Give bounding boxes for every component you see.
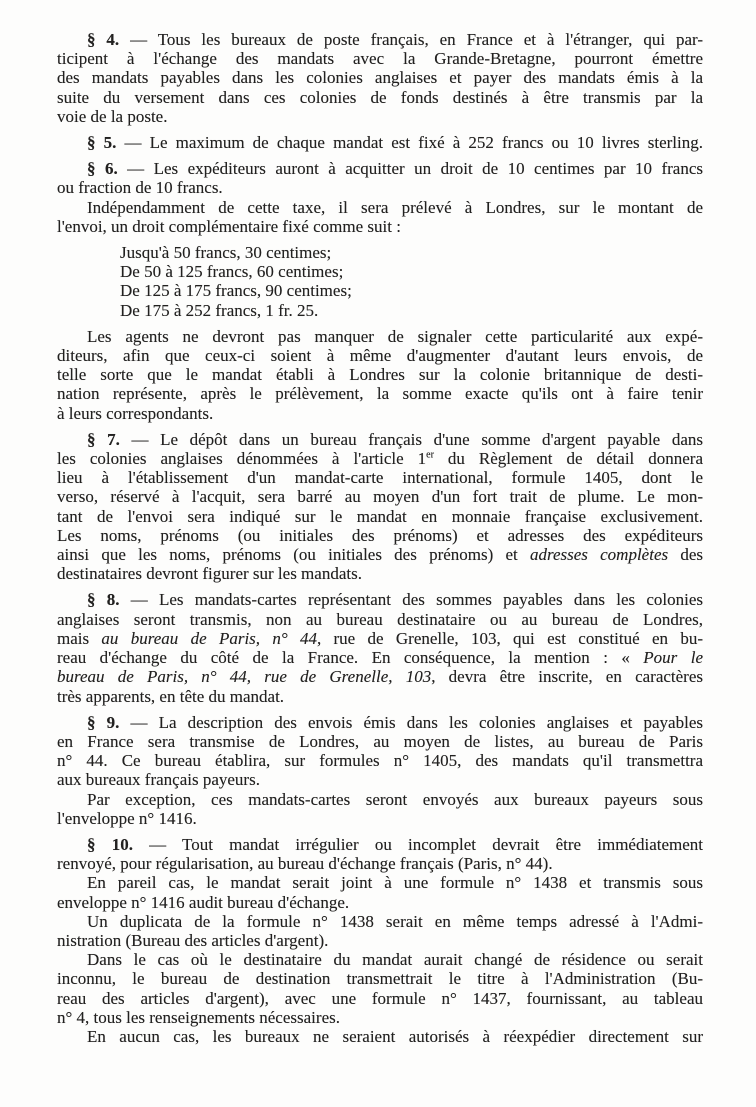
text-run: l'envoi, un droit complémentaire fixé co… [57,217,401,236]
text-run: des mandats payables dans les colonies a… [57,68,703,87]
text-run: Jusqu'à 50 francs, 30 centimes; [120,243,331,262]
text-line: § 9. — La description des envois émis da… [57,713,703,732]
text-run: , rue de Grenelle, 103, qui est constitu… [317,629,703,648]
text-line: Dans le cas où le destinataire du mandat… [57,950,703,969]
text-run: Un duplicata de la formule n° 1438 serai… [87,912,703,931]
text-run: anglaises seront transmis, non au bureau… [57,610,703,629]
text-run: bureau de Paris, n° 44, rue de Grenelle,… [57,667,431,686]
paragraph-6-cont: Indépendamment de cette taxe, il sera pr… [57,198,703,236]
text-run: — Les expéditeurs auront à acquitter un … [118,159,703,178]
paragraph-9: § 9. — La description des envois émis da… [57,713,703,790]
text-line: De 50 à 125 francs, 60 centimes; [120,262,703,281]
text-run: destinataires devront figurer sur les ma… [57,564,362,583]
text-line: § 4. — Tous les bureaux de poste françai… [57,30,703,49]
text-run: , devra être inscrite, en caractères [431,667,703,686]
text-run: Dans le cas où le destinataire du mandat… [87,950,703,969]
text-line: n° 44. Ce bureau établira, sur formules … [57,751,703,770]
text-run: lieu à l'établissement d'un mandat-carte… [57,468,703,487]
text-run: — Les mandats-cartes représentant des so… [120,590,704,609]
paragraph-6: § 6. — Les expéditeurs auront à acquitte… [57,159,703,197]
text-run: les colonies anglaises dénommées à l'art… [57,449,426,468]
text-line: enveloppe n° 1416 audit bureau d'échange… [57,893,703,912]
paragraph-9-cont: Par exception, ces mandats-cartes seront… [57,790,703,828]
text-run: De 50 à 125 francs, 60 centimes; [120,262,343,281]
text-line: nistration (Bureau des articles d'argent… [57,931,703,950]
text-run: Les agents ne devront pas manquer de sig… [87,327,703,346]
text-line: § 10. — Tout mandat irrégulier ou incomp… [57,835,703,854]
text-run: renvoyé, pour régularisation, au bureau … [57,854,553,873]
text-line: reau d'échange du côté de la France. En … [57,648,703,667]
paragraph-10: § 10. — Tout mandat irrégulier ou incomp… [57,835,703,873]
text-line: ou fraction de 10 francs. [57,178,703,197]
text-run: Pour le [643,648,703,667]
text-run: à leurs correspondants. [57,404,213,423]
text-run: — Tout mandat irrégulier ou incomplet de… [133,835,703,854]
text-run: suite du versement dans ces colonies de … [57,88,703,107]
text-line: verso, réservé à l'acquit, sera barré au… [57,487,703,506]
section-number: § 10. [87,835,133,854]
text-run: en France sera transmise de Londres, au … [57,732,703,751]
text-run: Les noms, prénoms (ou initiales des prén… [57,526,703,545]
section-number: § 5. [87,133,116,152]
text-line: En aucun cas, les bureaux ne seraient au… [57,1027,703,1046]
text-line: très apparents, en tête du mandat. [57,687,703,706]
section-number: § 4. [87,30,119,49]
text-line: diteurs, afin que ceux-ci soient à même … [57,346,703,365]
text-line: Jusqu'à 50 francs, 30 centimes; [120,243,703,262]
paragraph-10-cont-4: En aucun cas, les bureaux ne seraient au… [57,1027,703,1046]
section-number: § 7. [87,430,120,449]
tariff-list: Jusqu'à 50 francs, 30 centimes;De 50 à 1… [120,243,703,320]
text-line: Les agents ne devront pas manquer de sig… [57,327,703,346]
paragraph-5: § 5. — Le maximum de chaque mandat est f… [57,133,703,152]
text-run: — La description des envois émis dans le… [119,713,703,732]
text-line: § 6. — Les expéditeurs auront à acquitte… [57,159,703,178]
text-run: telle sorte que le mandat établi à Londr… [57,365,703,384]
text-run: inconnu, le bureau de destination transm… [57,969,703,988]
text-line: anglaises seront transmis, non au bureau… [57,610,703,629]
text-line: § 7. — Le dépôt dans un bureau français … [57,430,703,449]
text-line: lieu à l'établissement d'un mandat-carte… [57,468,703,487]
text-line: aux bureaux français payeurs. [57,770,703,789]
text-line: Indépendamment de cette taxe, il sera pr… [57,198,703,217]
paragraph-7: § 7. — Le dépôt dans un bureau français … [57,430,703,584]
text-run: des [668,545,703,564]
text-run: n° 44. Ce bureau établira, sur formules … [57,751,703,770]
text-run: enveloppe n° 1416 audit bureau d'échange… [57,893,349,912]
text-run: du Règlement de détail donnera [434,449,703,468]
text-line: les colonies anglaises dénommées à l'art… [57,449,703,468]
text-line: Les noms, prénoms (ou initiales des prén… [57,526,703,545]
text-run: adresses complètes [530,545,668,564]
text-run: — Le maximum de chaque mandat est fixé à… [116,133,703,152]
text-line: reau des articles d'argent), avec une fo… [57,989,703,1008]
text-run: reau d'échange du côté de la France. En … [57,648,643,667]
text-run: diteurs, afin que ceux-ci soient à même … [57,346,703,365]
paragraph-10-cont-3: Dans le cas où le destinataire du mandat… [57,950,703,1027]
paragraph-6-note: Les agents ne devront pas manquer de sig… [57,327,703,423]
text-line: mais au bureau de Paris, n° 44, rue de G… [57,629,703,648]
text-line: destinataires devront figurer sur les ma… [57,564,703,583]
text-line: suite du versement dans ces colonies de … [57,88,703,107]
text-line: n° 4, tous les renseignements nécessaire… [57,1008,703,1027]
text-run: En pareil cas, le mandat serait joint à … [87,873,703,892]
text-run: aux bureaux français payeurs. [57,770,260,789]
text-run: l'enveloppe n° 1416. [57,809,197,828]
text-line: De 125 à 175 francs, 90 centimes; [120,281,703,300]
text-run: verso, réservé à l'acquit, sera barré au… [57,487,703,506]
text-line: ticipent à l'échange des mandats avec la… [57,49,703,68]
text-line: § 8. — Les mandats-cartes représentant d… [57,590,703,609]
text-run: Indépendamment de cette taxe, il sera pr… [87,198,703,217]
text-run: n° 4, tous les renseignements nécessaire… [57,1008,340,1027]
text-run: ou fraction de 10 francs. [57,178,223,197]
text-line: renvoyé, pour régularisation, au bureau … [57,854,703,873]
text-run: er [426,449,434,460]
text-run: — Tous les bureaux de poste français, en… [119,30,703,49]
text-run: Par exception, ces mandats-cartes seront… [87,790,703,809]
text-run: — Le dépôt dans un bureau français d'une… [120,430,703,449]
text-run: voie de la poste. [57,107,167,126]
text-line: l'enveloppe n° 1416. [57,809,703,828]
text-run: De 125 à 175 francs, 90 centimes; [120,281,352,300]
paragraph-10-cont-1: En pareil cas, le mandat serait joint à … [57,873,703,911]
text-line: nation représente, après le prélèvement,… [57,384,703,403]
text-line: ainsi que les noms, prénoms (ou initiale… [57,545,703,564]
section-number: § 9. [87,713,119,732]
text-line: en France sera transmise de Londres, au … [57,732,703,751]
text-run: En aucun cas, les bureaux ne seraient au… [87,1027,703,1046]
text-line: des mandats payables dans les colonies a… [57,68,703,87]
text-run: au bureau de Paris, n° 44 [101,629,317,648]
text-run: nistration (Bureau des articles d'argent… [57,931,328,950]
document-body: § 4. — Tous les bureaux de poste françai… [57,30,703,1046]
text-line: voie de la poste. [57,107,703,126]
text-line: l'envoi, un droit complémentaire fixé co… [57,217,703,236]
text-line: tant de l'envoi sera indiqué sur le mand… [57,507,703,526]
paragraph-10-cont-2: Un duplicata de la formule n° 1438 serai… [57,912,703,950]
paragraph-8: § 8. — Les mandats-cartes représentant d… [57,590,703,705]
text-run: ticipent à l'échange des mandats avec la… [57,49,703,68]
text-run: ainsi que les noms, prénoms (ou initiale… [57,545,530,564]
text-line: bureau de Paris, n° 44, rue de Grenelle,… [57,667,703,686]
text-run: reau des articles d'argent), avec une fo… [57,989,703,1008]
text-line: inconnu, le bureau de destination transm… [57,969,703,988]
text-run: De 175 à 252 francs, 1 fr. 25. [120,301,318,320]
text-line: à leurs correspondants. [57,404,703,423]
text-line: En pareil cas, le mandat serait joint à … [57,873,703,892]
text-line: Par exception, ces mandats-cartes seront… [57,790,703,809]
text-line: § 5. — Le maximum de chaque mandat est f… [57,133,703,152]
text-run: nation représente, après le prélèvement,… [57,384,703,403]
paragraph-4: § 4. — Tous les bureaux de poste françai… [57,30,703,126]
text-run: tant de l'envoi sera indiqué sur le mand… [57,507,703,526]
text-run: très apparents, en tête du mandat. [57,687,284,706]
section-number: § 8. [87,590,120,609]
text-line: telle sorte que le mandat établi à Londr… [57,365,703,384]
text-line: Un duplicata de la formule n° 1438 serai… [57,912,703,931]
text-line: De 175 à 252 francs, 1 fr. 25. [120,301,703,320]
text-run: mais [57,629,101,648]
section-number: § 6. [87,159,118,178]
document-page: § 4. — Tous les bureaux de poste françai… [0,0,756,1107]
